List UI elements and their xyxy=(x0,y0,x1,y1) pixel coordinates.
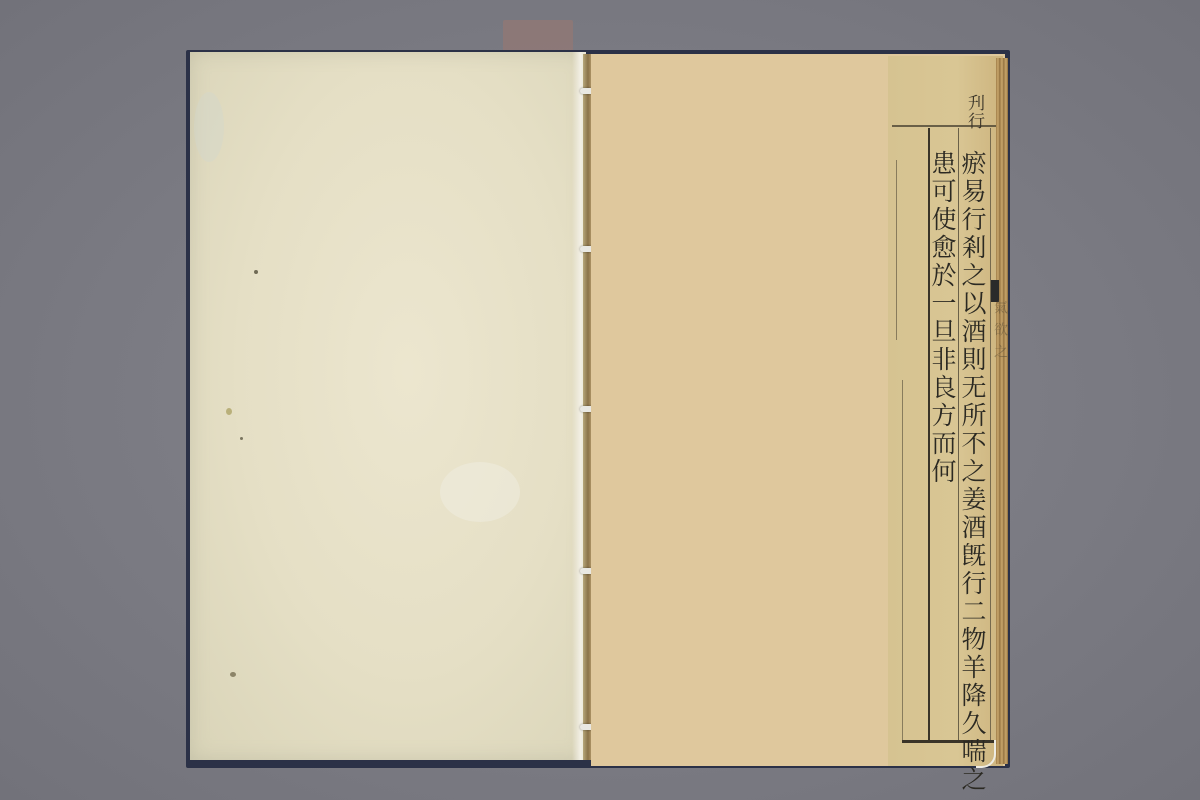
column-rule xyxy=(896,160,897,340)
stain xyxy=(440,462,520,522)
left-blank-page xyxy=(190,52,586,760)
margin-fragment: 氣欲之 xyxy=(990,300,1010,366)
text-column-1: 瘀易行剎之以酒則无所不之姜酒旣行二物羊降久喘之 xyxy=(960,150,985,794)
text-column-2: 患可使愈於一旦非良方而何 xyxy=(930,150,955,486)
dark-mark xyxy=(991,280,999,302)
header-note: 刋行 xyxy=(962,94,987,130)
stain xyxy=(240,437,243,440)
stain xyxy=(230,672,236,677)
stain xyxy=(226,408,232,415)
column-rule xyxy=(902,380,903,740)
page-edges xyxy=(996,58,1008,764)
stain xyxy=(194,92,224,162)
stain xyxy=(254,270,258,274)
column-rule xyxy=(990,128,991,740)
